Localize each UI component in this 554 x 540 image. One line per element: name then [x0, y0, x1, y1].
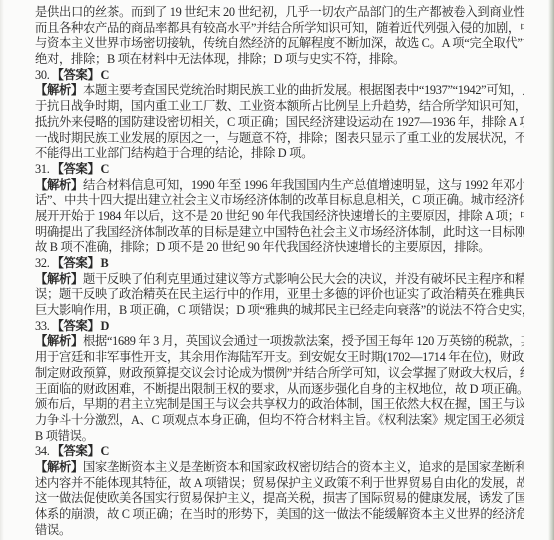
answer-label: 【答案】 — [51, 319, 99, 333]
explanation-text: 结合材料信息可知，1990 年至 1996 年我国国内生产总值增速明显，这与 1… — [83, 178, 524, 192]
answer-label: 【答案】 — [51, 162, 99, 176]
answer-label: 【答案】 — [51, 444, 99, 458]
answer-section-34: 34.【答案】C 【解析】国家垄断资本主义是垄断资本和国家政权密切结合的资本主义… — [35, 444, 524, 538]
answer-line: 30.【答案】C — [35, 68, 524, 84]
explanation-label: 【解析】 — [35, 334, 83, 348]
explanation-line: 【解析】结合材料信息可知，1990 年至 1996 年我国国内生产总值增速明显，… — [35, 178, 524, 194]
explanation-text: 国家垄断资本主义是垄断资本和国家政权密切结合的资本主义，追求的是国家垄断利润，材… — [83, 460, 524, 474]
answer-line: 32.【答案】B — [35, 256, 524, 272]
question-number: 30. — [35, 68, 51, 82]
explanation-line: 误；题干反映了政治精英在民主运行中的作用，亚里士多德的评价也证实了政治精英在雅典… — [35, 287, 524, 303]
explanation-line: 这一做法促使欧美各国实行贸易保护主义，提高关税，损害了国际贸易的健康发展，诱发了… — [35, 491, 524, 507]
continuation-text-line: 绝对，排除；B 项在材料中无法体现，排除；D 项与史实不符，排除。 — [35, 52, 524, 68]
answer-line: 33.【答案】D — [35, 319, 524, 335]
question-number: 33. — [35, 319, 51, 333]
explanation-line: 制定财政预算，财政预算提交议会讨论成为惯例”并结合所学可知，议会掌握了财政大权后… — [35, 366, 524, 382]
question-number: 34. — [35, 444, 51, 458]
explanation-label: 【解析】 — [35, 272, 83, 286]
question-number: 31. — [35, 162, 51, 176]
explanation-line: 【解析】本题主要考查国民党统治时期民族工业的曲折发展。根据图表中“1937”“1… — [35, 83, 524, 99]
explanation-line: B 项错误。 — [35, 429, 524, 445]
answer-label: 【答案】 — [51, 68, 99, 82]
explanation-line: 【解析】根据“1689 年 3 月，英国议会通过一项拨款法案，授予国王每年 12… — [35, 334, 524, 350]
answer-label: 【答案】 — [51, 256, 99, 270]
explanation-line: 话”、中共十四大提出建立社会主义市场经济体制的改革目标息息相关，C 项正确。城市… — [35, 193, 524, 209]
answer-letter: D — [99, 319, 109, 333]
explanation-line: 王面临的财政困难，不断提出限制王权的要求，从而逐步强化自身的主权地位，故 D 项… — [35, 382, 524, 398]
explanation-line: 抵抗外来侵略的国防建设密切相关，C 项正确；国民经济建设运动在 1927—193… — [35, 115, 524, 131]
explanation-line: 展开开始于 1984 年以后，这不是 20 世纪 90 年代我国经济快速增长的主… — [35, 209, 524, 225]
explanation-line: 颁布后，早期的君主立宪制是国王与议会共享权力的政治体制，国王依然大权在握，国王与… — [35, 397, 524, 413]
explanation-line: 述内容并不能体现其特征，故 A 项错误；贸易保护主义政策不利于世界贸易自由化的发… — [35, 476, 524, 492]
explanation-line: 【解析】国家垄断资本主义是垄断资本和国家政权密切结合的资本主义，追求的是国家垄断… — [35, 460, 524, 476]
explanation-line: 力争斗十分激烈，A、C 项观点本身正确，但均不符合材料主旨。《权利法案》规定国王… — [35, 413, 524, 429]
explanation-text: 题干反映了伯利克里通过建议等方式影响公民大会的决议，并没有破坏民主程序和精神，A… — [83, 272, 524, 286]
explanation-text: 根据“1689 年 3 月，英国议会通过一项拨款法案，授予国王每年 120 万英… — [83, 334, 524, 348]
answer-section-32: 32.【答案】B 【解析】题干反映了伯利克里通过建议等方式影响公民大会的决议，并… — [35, 256, 524, 319]
explanation-line: 体系的崩溃，故 C 项正确；在当时的形势下，美国的这一做法不能缓解资本主义世界的… — [35, 507, 524, 523]
answer-key-page: 是供出口的丝茶。而到了 19 世纪末 20 世纪初，几乎一切农产品部门的生产都被… — [0, 0, 554, 540]
explanation-line: 错误。 — [35, 523, 524, 539]
answer-section-30: 30.【答案】C 【解析】本题主要考查国民党统治时期民族工业的曲折发展。根据图表… — [35, 68, 524, 162]
answer-letter: C — [99, 162, 109, 176]
explanation-line: 一战时期民族工业发展的原因之一，与题意不符，排除；图表只显示了重工业的发展状况，… — [35, 131, 524, 147]
explanation-line: 用于宫廷和非军事性开支，其余用作海陆军开支。到安妮女王时期(1702—1714 … — [35, 350, 524, 366]
answer-section-31: 31.【答案】C 【解析】结合材料信息可知，1990 年至 1996 年我国国内… — [35, 162, 524, 256]
scan-shadow-right — [548, 0, 554, 540]
explanation-line: 不能得出工业部门结构趋于合理的结论，排除 D 项。 — [35, 146, 524, 162]
continuation-text-line: 是供出口的丝茶。而到了 19 世纪末 20 世纪初，几乎一切农产品部门的生产都被… — [35, 5, 524, 21]
answer-letter: C — [99, 444, 109, 458]
explanation-line: 于抗日战争时期，国内重工业工厂数、工业资本额所占比例呈上升趋势，结合所学知识可知… — [35, 99, 524, 115]
answer-section-33: 33.【答案】D 【解析】根据“1689 年 3 月，英国议会通过一项拨款法案，… — [35, 319, 524, 445]
explanation-label: 【解析】 — [35, 178, 83, 192]
answer-letter: B — [99, 256, 108, 270]
answer-line: 31.【答案】C — [35, 162, 524, 178]
explanation-label: 【解析】 — [35, 83, 83, 97]
explanation-line: 明确提出了我国经济体制改革的目标是建立中国特色社会主义市场经济体制，此时这一目标… — [35, 225, 524, 241]
continuation-text-line: 与资本主义世界市场密切接轨，传统自然经济的瓦解程度不断加深，故选 C。A 项“完… — [35, 36, 524, 52]
explanation-line: 【解析】题干反映了伯利克里通过建议等方式影响公民大会的决议，并没有破坏民主程序和… — [35, 272, 524, 288]
explanation-line: 故 B 项不准确，排除；D 项不是 20 世纪 90 年代我国经济快速增长的主要… — [35, 240, 524, 256]
scan-shadow-left — [0, 0, 4, 540]
explanation-label: 【解析】 — [35, 460, 83, 474]
explanation-line: 巨大影响作用，B 项正确，C 项错误；D 项“雅典的城邦民主已经走向衰落”的说法… — [35, 303, 524, 319]
question-number: 32. — [35, 256, 51, 270]
answer-letter: C — [99, 68, 109, 82]
explanation-text: 本题主要考查国民党统治时期民族工业的曲折发展。根据图表中“1937”“1942”… — [83, 83, 524, 97]
continuation-text-line: 而且各种农产品的商品率都具有较高水平”并结合所学知识可知，随着近代列强入侵的加剧… — [35, 21, 524, 37]
answer-line: 34.【答案】C — [35, 444, 524, 460]
